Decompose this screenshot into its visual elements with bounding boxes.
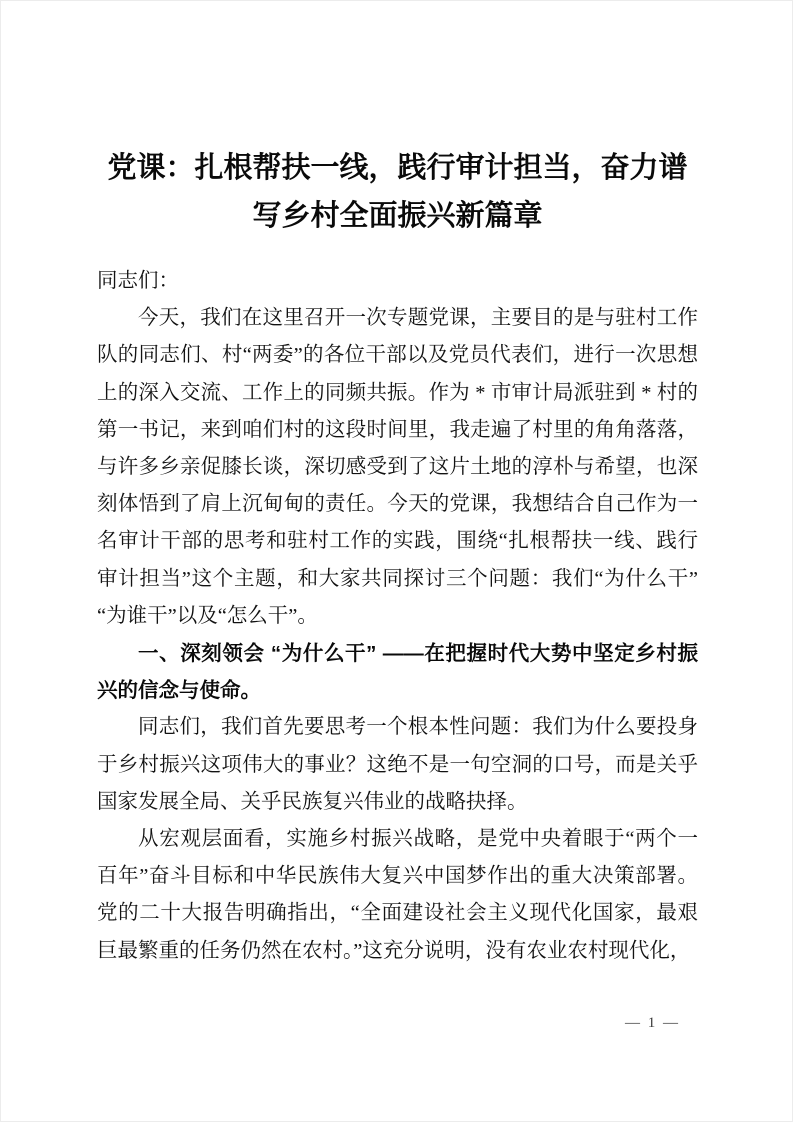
salutation: 同志们： [97, 263, 698, 300]
paragraph-why-question: 同志们，我们首先要思考一个根本性问题：我们为什么要投身于乡村振兴这项伟大的事业？… [97, 709, 698, 821]
document-content: 党课：扎根帮扶一线，践行审计担当，奋力谱 写乡村全面振兴新篇章 同志们： 今天，… [97, 1, 698, 970]
title-line-1: 党课：扎根帮扶一线，践行审计担当，奋力谱 [97, 144, 698, 192]
paragraph-macro-view: 从宏观层面看，实施乡村振兴战略，是党中央着眼于“两个一百年”奋斗目标和中华民族伟… [97, 821, 698, 970]
title-line-2: 写乡村全面振兴新篇章 [97, 192, 698, 240]
paragraph-intro: 今天，我们在这里召开一次专题党课，主要目的是与驻村工作队的同志们、村“两委”的各… [97, 300, 698, 635]
section-heading-1: 一、深刻领会 “为什么干” ——在把握时代大势中坚定乡村振兴的信念与使命。 [97, 635, 698, 709]
document-title: 党课：扎根帮扶一线，践行审计担当，奋力谱 写乡村全面振兴新篇章 [97, 144, 698, 240]
page-number: — 1 — [625, 1015, 680, 1032]
document-page: 党课：扎根帮扶一线，践行审计担当，奋力谱 写乡村全面振兴新篇章 同志们： 今天，… [0, 0, 793, 1122]
document-body: 同志们： 今天，我们在这里召开一次专题党课，主要目的是与驻村工作队的同志们、村“… [97, 263, 698, 970]
